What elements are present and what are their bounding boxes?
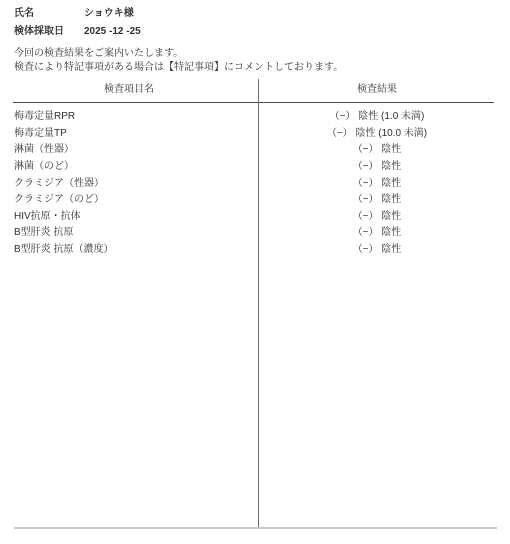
sample-date-row: 検体採取日2025 -12 -25 [14,22,141,37]
test-item-name: クラミジア（性器） [0,176,258,193]
patient-name-label: 氏名 [14,4,84,19]
intro-line-1: 今回の検査結果をご案内いたします。 [14,44,183,59]
table-row: HIV抗原・抗体 （−） 陰性 [0,209,510,226]
table-row: 梅毒定量RPR （−） 陰性 (1.0 未満) [0,109,510,126]
test-item-name: HIV抗原・抗体 [0,209,258,226]
test-result: （−） 陰性 [258,159,496,176]
table-header-item: 検査項目名 [0,81,258,98]
test-item-name: B型肝炎 抗原 [0,225,258,242]
patient-name-value: ショウキ様 [84,8,134,19]
test-result: （−） 陰性 [258,242,496,259]
test-result: （−） 陰性 [258,176,496,193]
table-body: 梅毒定量RPR （−） 陰性 (1.0 未満) 梅毒定量TP （−） 陰性 (1… [0,109,510,259]
table-row: 梅毒定量TP （−） 陰性 (10.0 未満) [0,126,510,143]
table-row: B型肝炎 抗原 （−） 陰性 [0,225,510,242]
sample-date-label: 検体採取日 [14,22,84,37]
test-result: （−） 陰性 [258,225,496,242]
table-header-row: 検査項目名 検査結果 [0,81,510,98]
test-result: （−） 陰性 [258,142,496,159]
bottom-rule [14,527,497,529]
intro-line-2: 検査により特記事項がある場合は【特記事項】にコメントしております。 [14,58,343,73]
table-row: クラミジア（のど） （−） 陰性 [0,192,510,209]
table-row: クラミジア（性器） （−） 陰性 [0,176,510,193]
test-item-name: 淋菌（のど） [0,159,258,176]
test-item-name: B型肝炎 抗原（濃度） [0,242,258,259]
test-item-name: 梅毒定量RPR [0,109,258,126]
header-rule [13,102,494,103]
test-result: （−） 陰性 (1.0 未満) [258,109,496,126]
test-result-document: 氏名ショウキ様 検体採取日2025 -12 -25 今回の検査結果をご案内いたし… [0,0,510,544]
table-row: 淋菌（性器） （−） 陰性 [0,142,510,159]
table-row: B型肝炎 抗原（濃度） （−） 陰性 [0,242,510,259]
table-header-result: 検査結果 [258,81,496,98]
test-item-name: 梅毒定量TP [0,126,258,143]
test-result: （−） 陰性 [258,209,496,226]
sample-date-value: 2025 -12 -25 [84,26,141,37]
test-result: （−） 陰性 [258,192,496,209]
patient-name-row: 氏名ショウキ様 [14,4,134,19]
test-item-name: クラミジア（のど） [0,192,258,209]
test-item-name: 淋菌（性器） [0,142,258,159]
table-row: 淋菌（のど） （−） 陰性 [0,159,510,176]
test-result: （−） 陰性 (10.0 未満) [258,126,496,143]
